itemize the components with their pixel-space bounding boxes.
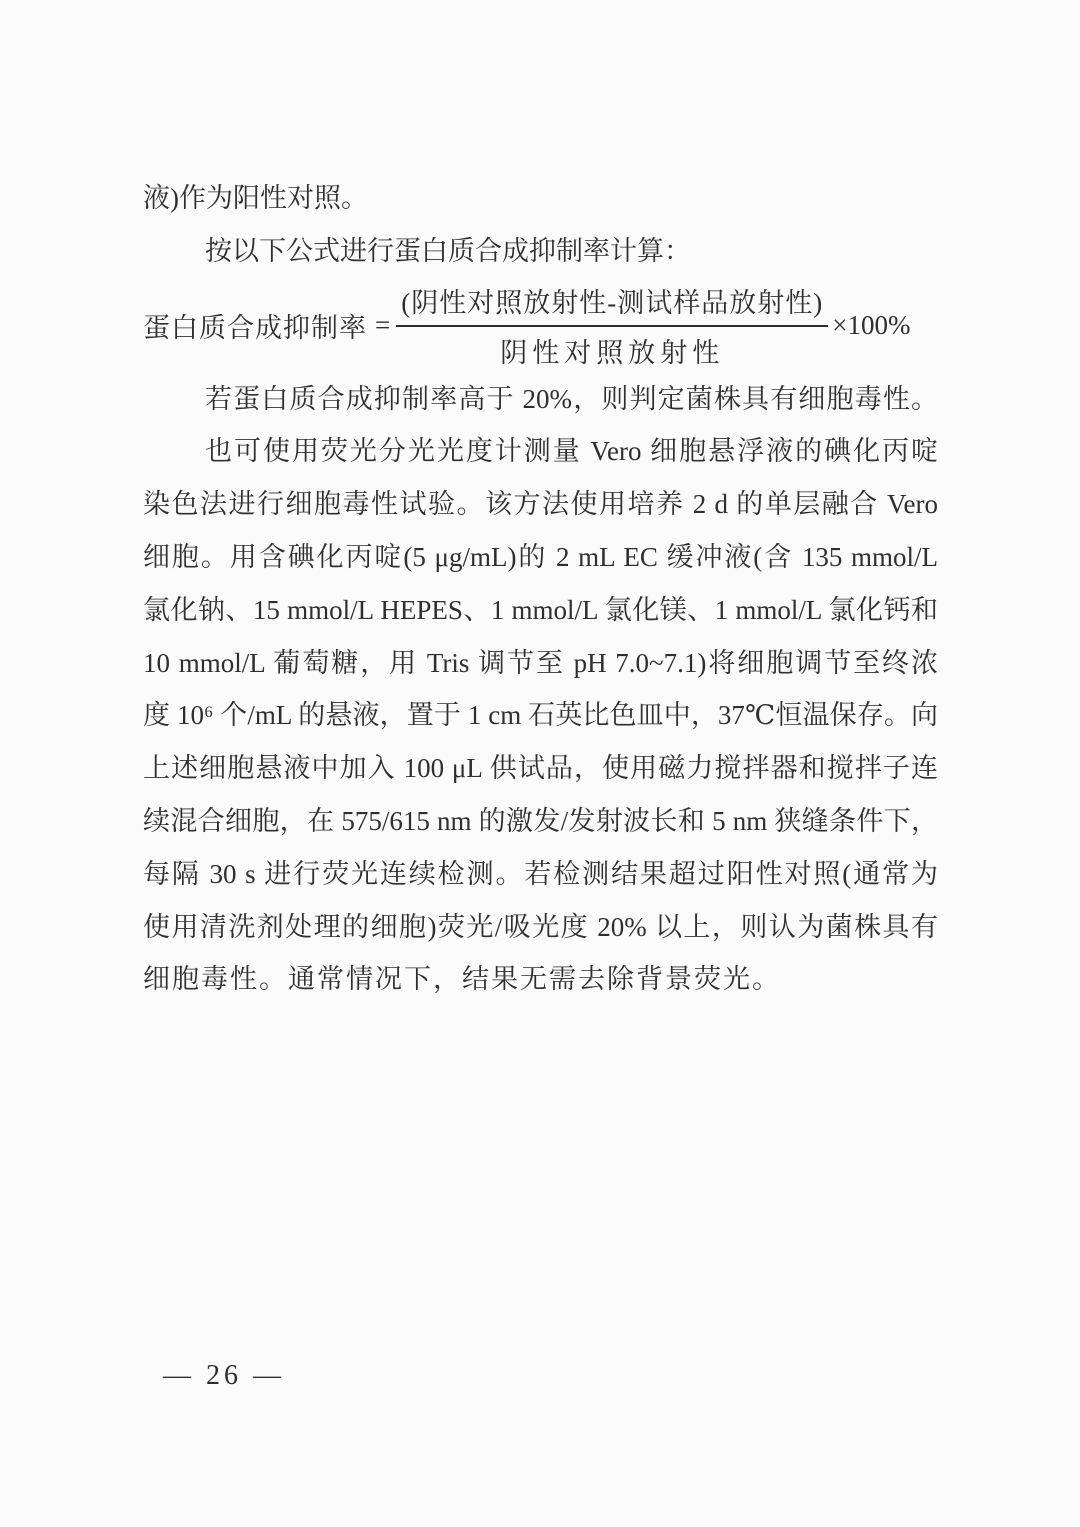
page-number: — 26 —	[163, 1360, 285, 1392]
formula-numerator: (阴性对照放射性-测试样品放射性)	[396, 281, 828, 327]
text-line: 续混合细胞，在 575/615 nm 的激发/发射波长和 5 nm 狭缝条件下，	[143, 795, 938, 848]
text-line: 使用清洗剂处理的细胞)荧光/吸光度 20% 以上，则认为菌株具有	[143, 901, 938, 954]
formula-equals-sign: =	[375, 310, 390, 341]
text-line: 度 10⁶ 个/mL 的悬液，置于 1 cm 石英比色皿中，37℃恒温保存。向	[143, 689, 938, 742]
text-line: 细胞。用含碘化丙啶(5 μg/mL)的 2 mL EC 缓冲液(含 135 mm…	[143, 531, 938, 584]
text-line: 10 mmol/L 葡萄糖，用 Tris 调节至 pH 7.0~7.1)将细胞调…	[143, 637, 938, 690]
body-text: 液)作为阳性对照。 按以下公式进行蛋白质合成抑制率计算： 蛋白质合成抑制率 = …	[143, 172, 938, 1006]
formula: 蛋白质合成抑制率 = (阴性对照放射性-测试样品放射性) 阴性对照放射性 ×10…	[143, 278, 938, 373]
formula-intro-line: 按以下公式进行蛋白质合成抑制率计算：	[143, 225, 938, 278]
text-line: 也可使用荧光分光光度计测量 Vero 细胞悬浮液的碘化丙啶	[143, 425, 938, 478]
formula-denominator: 阴性对照放射性	[500, 327, 724, 370]
document-page: 液)作为阳性对照。 按以下公式进行蛋白质合成抑制率计算： 蛋白质合成抑制率 = …	[0, 0, 1080, 1527]
text-line: 染色法进行细胞毒性试验。该方法使用培养 2 d 的单层融合 Vero	[143, 478, 938, 531]
text-line: 氯化钠、15 mmol/L HEPES、1 mmol/L 氯化镁、1 mmol/…	[143, 584, 938, 637]
formula-lhs: 蛋白质合成抑制率	[143, 306, 367, 345]
formula-multiplier: ×100%	[832, 310, 910, 341]
text-line: 每隔 30 s 进行荧光连续检测。若检测结果超过阳性对照(通常为	[143, 848, 938, 901]
criterion-line: 若蛋白质合成抑制率高于 20%，则判定菌株具有细胞毒性。	[143, 373, 938, 426]
text-line: 上述细胞悬液中加入 100 μL 供试品，使用磁力搅拌器和搅拌子连	[143, 742, 938, 795]
paragraph-continuation-line: 液)作为阳性对照。	[143, 172, 938, 225]
formula-fraction: (阴性对照放射性-测试样品放射性) 阴性对照放射性	[396, 281, 828, 370]
text-line: 细胞毒性。通常情况下，结果无需去除背景荧光。	[143, 953, 938, 1006]
